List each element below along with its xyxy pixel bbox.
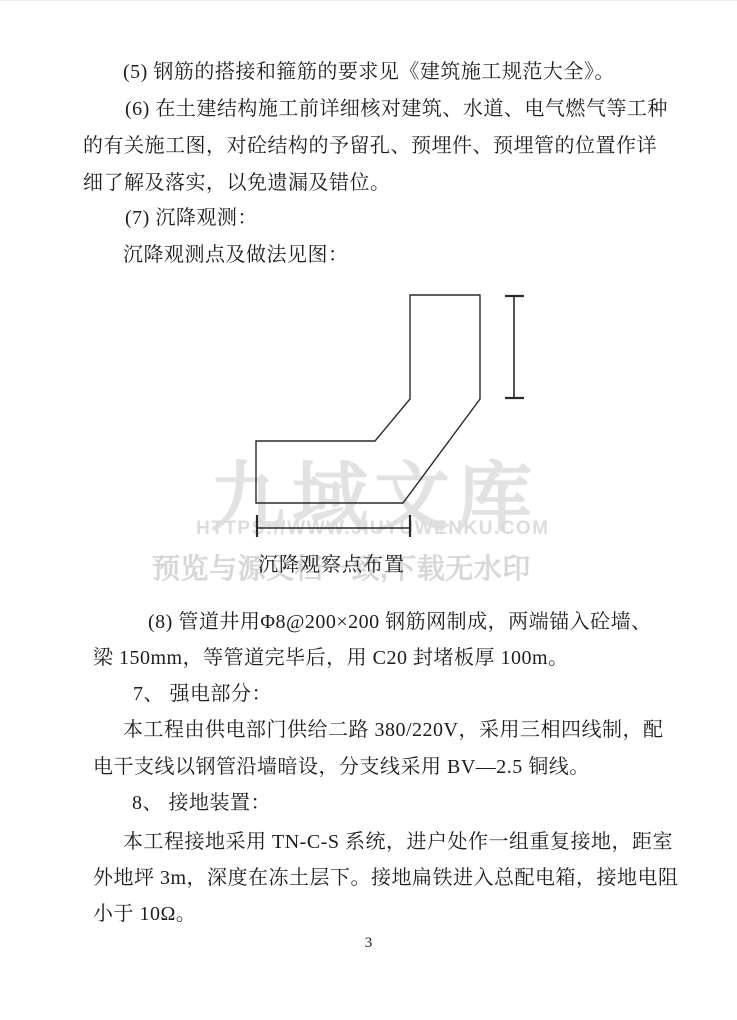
- horizontal-dimension-line: [257, 515, 410, 537]
- page-content: (5) 钢筋的搭接和箍筋的要求见《建筑施工规范大全》。 (6) 在土建结构施工前…: [0, 1, 737, 1020]
- document-page: 九域文库 HTTPS://WWW.JIUYUWENKU.COM 预览与源文档一致…: [0, 0, 737, 1020]
- vertical-dimension-line: [505, 296, 524, 398]
- settlement-diagram: [0, 1, 737, 1020]
- pipe-outline: [256, 295, 480, 503]
- figure-caption: 沉降观察点布置: [258, 548, 405, 577]
